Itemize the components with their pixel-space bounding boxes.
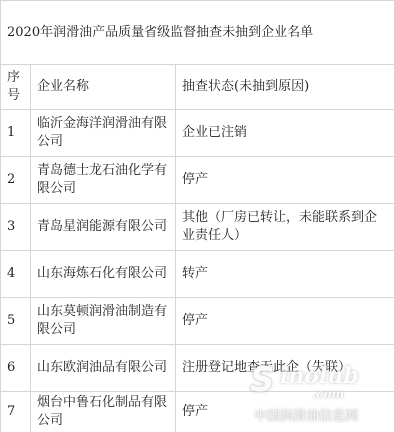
header-company: 企业名称 xyxy=(31,65,176,110)
table-row: 6 山东欧润油品有限公司 注册登记地查无此企（失联） xyxy=(1,345,395,392)
row-company: 临沂金海洋润滑油有限公司 xyxy=(31,110,176,157)
table-title: 2020年润滑油产品质量省级监督抽查未抽到企业名单 xyxy=(1,1,395,65)
row-status: 停产 xyxy=(176,392,395,432)
row-status: 停产 xyxy=(176,157,395,204)
header-index: 序号 xyxy=(1,65,31,110)
table-header-row: 序号 企业名称 抽查状态(未抽到原因) xyxy=(1,65,395,110)
row-index: 2 xyxy=(1,157,31,204)
row-status: 注册登记地查无此企（失联） xyxy=(176,345,395,392)
row-index: 6 xyxy=(1,345,31,392)
row-index: 1 xyxy=(1,110,31,157)
table-row: 7 烟台中鲁石化制品有限公司 停产 xyxy=(1,392,395,432)
table-row: 2 青岛德士龙石油化学有限公司 停产 xyxy=(1,157,395,204)
row-status: 企业已注销 xyxy=(176,110,395,157)
row-company: 青岛德士龙石油化学有限公司 xyxy=(31,157,176,204)
company-list-table: 2020年润滑油产品质量省级监督抽查未抽到企业名单 序号 企业名称 抽查状态(未… xyxy=(0,0,395,432)
row-status: 停产 xyxy=(176,298,395,345)
row-company: 山东欧润油品有限公司 xyxy=(31,345,176,392)
row-status: 其他（厂房已转让，未能联系到企业责任人） xyxy=(176,204,395,251)
row-company: 山东莫顿润滑油制造有限公司 xyxy=(31,298,176,345)
table-row: 1 临沂金海洋润滑油有限公司 企业已注销 xyxy=(1,110,395,157)
row-company: 山东海炼石化有限公司 xyxy=(31,251,176,298)
row-index: 4 xyxy=(1,251,31,298)
row-status: 转产 xyxy=(176,251,395,298)
row-index: 3 xyxy=(1,204,31,251)
table-row: 3 青岛星润能源有限公司 其他（厂房已转让，未能联系到企业责任人） xyxy=(1,204,395,251)
table-row: 4 山东海炼石化有限公司 转产 xyxy=(1,251,395,298)
header-status: 抽查状态(未抽到原因) xyxy=(176,65,395,110)
row-index: 5 xyxy=(1,298,31,345)
row-company: 青岛星润能源有限公司 xyxy=(31,204,176,251)
row-index: 7 xyxy=(1,392,31,432)
row-company: 烟台中鲁石化制品有限公司 xyxy=(31,392,176,432)
table-row: 5 山东莫顿润滑油制造有限公司 停产 xyxy=(1,298,395,345)
